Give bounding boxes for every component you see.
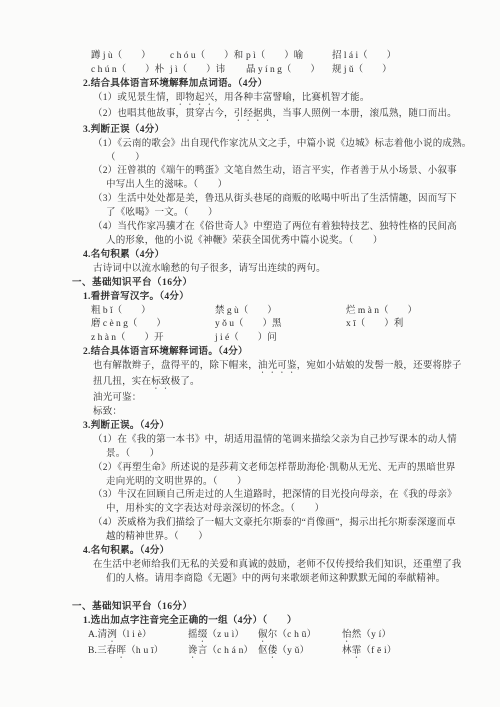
pinyin-grid-item: z h à n（ ）开 [91, 332, 215, 346]
option-word: 林霏（f ē i） [342, 645, 397, 661]
question-body: 古诗词中以流水喻愁的句子很多，请写出连续的两句。 [93, 263, 442, 277]
pinyin-fill-item: 蹲 j ù（ ） [91, 50, 170, 64]
pinyin-fill-item: 晶 y í n g（ ） [246, 64, 332, 78]
pinyin-fill-item: c h ó u（ ）和 [170, 50, 246, 64]
question-body-continuation: 们的人格。请用李商隐《无题》中的两句来歌颂老师这种默默无闻的奉献精神。 [106, 573, 442, 587]
pinyin-fill-item: c h ú n（ ）朴 [91, 64, 170, 78]
question-item: （1）或见景生情，即物起兴，用各种丰富譬喻，比赛机智才能。 [93, 92, 442, 108]
dotted-char: 谗 [188, 646, 198, 656]
question-item: （2）也唱其他故事，贯穿古今，引经据典，当事人照例一本册，滚瓜熟，随口而出。 [93, 108, 442, 124]
pinyin-fill-item: 规 j ǔ（ ） [332, 64, 392, 78]
pinyin-fill-row: c h ú n（ ）朴 j ì（ ）讳 晶 y í n g（ ） 规 j ǔ（ … [91, 64, 442, 78]
question-title: 4.名句积累。（4分） [83, 545, 442, 559]
option-row-a: A.清洌（l i è） 摇缀（z u ì） 俶尔（c h ū） 怡然（y í） [88, 629, 442, 645]
option-word: 怡然（y í） [342, 629, 391, 645]
question-title: 1.看拼音写汉字。（4分） [83, 291, 442, 305]
question-body: 在生活中老师给我们无私的关爱和真诚的鼓励，老师不仅传授给我们知识，还重塑了我 [93, 559, 442, 573]
question-title: 2.结合具体语言环境解释词语。（4分） [83, 346, 442, 360]
pinyin-fill-item: p ì（ ）喻 [246, 50, 332, 64]
pinyin-grid-item: 禁 g ù（ ） [215, 305, 346, 319]
dotted-char: 偻 [268, 646, 278, 656]
option-word: B.三春晖（h u ī） [88, 645, 188, 661]
dotted-word: 引经据典 [234, 109, 273, 119]
dotted-word: 标致 [151, 377, 170, 387]
dotted-word: 即物起兴 [176, 93, 215, 103]
question-title: 3.判断正误。（4分） [83, 420, 442, 434]
dotted-char: 霏 [352, 646, 362, 656]
question-item: （4）当代作家冯骥才在《俗世奇人》中塑造了两位有着独特技艺、独特性格的民间高 [93, 221, 442, 235]
pinyin-grid-row: 磨 c è n g（ ） y ǒ u（ ）黑 x ī（ ）利 [91, 318, 442, 332]
question-item: （3）牛汉在回顾自己所走过的人生道路时，把深情的目光投向母亲，在《我的母亲》 [93, 489, 442, 503]
question-item: （1）《云南的歌会》出自现代作家沈从文之手，中篇小说《边城》标志着他小说的成熟。 [93, 138, 442, 152]
question-item-continuation: 中写出人生的滋味。（ ） [106, 179, 442, 193]
dotted-char: 俶 [258, 630, 268, 640]
question-item-continuation: 中，用朴实的文字表达对母亲深切的怀念。（ ） [106, 503, 442, 517]
pinyin-grid-item: j i é（ ）问 [215, 332, 346, 346]
question-item: （2）《再塑生命》所述说的是莎莉文老师怎样帮助海伦·凯勒从无光、无声的黑暗世界 [93, 462, 442, 476]
section-heading: 一、基础知识平台（16分） [72, 601, 442, 615]
question-item-continuation: 人的形象，他的小说《神鞭》荣获全国优秀中篇小说奖。（ ） [106, 235, 442, 249]
option-word: A.清洌（l i è） [88, 629, 188, 645]
question-item: （3）生活中处处都是美，鲁迅从街头巷尾的商贩的吆喝中听出了生活情趣，因而写下 [93, 193, 442, 207]
exam-content: 蹲 j ù（ ） c h ó u（ ）和 p ì（ ）喻 招 l á i（ ） … [72, 50, 442, 661]
option-row-b: B.三春晖（h u ī） 谗言（c h á n） 伛偻（y ǔ） 林霏（f ē … [88, 645, 442, 661]
pinyin-grid-item: 烂 m à n（ ） [346, 305, 417, 319]
answer-blank: （ ） [106, 152, 442, 166]
section-heading: 一、基础知识平台（16分） [72, 277, 442, 291]
dotted-word: 油光可鉴 [258, 361, 297, 371]
option-word: 伛偻（y ǔ） [258, 645, 342, 661]
question-item-continuation: 越的精神世界。（ ） [106, 531, 442, 545]
pinyin-grid-row: 粗 b ǐ（ ） 禁 g ù（ ） 烂 m à n（ ） [91, 305, 442, 319]
pinyin-grid-row: z h à n（ ）开 j i é（ ）问 [91, 332, 442, 346]
pinyin-fill-row: 蹲 j ù（ ） c h ó u（ ）和 p ì（ ）喻 招 l á i（ ） [91, 50, 442, 64]
exam-page-scan: 蹲 j ù（ ） c h ó u（ ）和 p ì（ ）喻 招 l á i（ ） … [0, 0, 500, 707]
question-item-continuation: 景。（ ） [106, 448, 442, 462]
dotted-char: 晖 [117, 646, 127, 656]
pinyin-grid-item: x ī（ ）利 [346, 318, 403, 332]
pinyin-grid-item: 磨 c è n g（ ） [91, 318, 215, 332]
question-title: 3.判断正误（4分） [83, 124, 442, 138]
pinyin-fill-item: 招 l á i（ ） [332, 50, 396, 64]
option-word: 谗言（c h á n） [188, 645, 258, 661]
dotted-char: 怡 [342, 630, 352, 640]
question-title: 1.选出加点字注音完全正确的一组（4分）（ ） [83, 615, 442, 629]
pinyin-fill-item: j ì（ ）讳 [170, 64, 246, 78]
dotted-char: 缀 [198, 630, 208, 640]
blank-gap [72, 587, 442, 601]
option-word: 摇缀（z u ì） [188, 629, 258, 645]
quote-line: 也有解散辫子，盘得平的，除下帽来，油光可鉴，宛如小姑娘的发髻一般，还要将脖子 [93, 360, 442, 376]
question-item-continuation: 走向光明的文明世界的。（ ） [106, 476, 442, 490]
question-item: （4）茨威格为我们描绘了一幅大文豪托尔斯泰的“肖像画”，揭示出托尔斯泰深邃而卓 [93, 517, 442, 531]
question-title: 2.结合具体语言环境解释加点词语。（4分） [83, 78, 442, 92]
pinyin-grid-item: 粗 b ǐ（ ） [91, 305, 215, 319]
pinyin-grid-item: y ǒ u（ ）黑 [215, 318, 346, 332]
term-to-define: 标致： [93, 406, 442, 420]
term-to-define: 油光可鉴： [93, 392, 442, 406]
option-word: 俶尔（c h ū） [258, 629, 342, 645]
dotted-char: 洌 [107, 630, 117, 640]
question-item-continuation: 了《吆喝》一文。（ ） [106, 207, 442, 221]
question-item: （1）在《我的第一本书》中，胡适用温情的笔调来描绘父亲为自己抄写课本的动人情 [93, 434, 442, 448]
question-title: 4.名句积累（4分） [83, 249, 442, 263]
quote-line: 扭几扭，实在标致极了。 [93, 376, 442, 392]
question-item: （2）汪曾祺的《端午的鸭蛋》文笔自然生动，语言平实，作者善于从小场景、小叙事 [93, 165, 442, 179]
